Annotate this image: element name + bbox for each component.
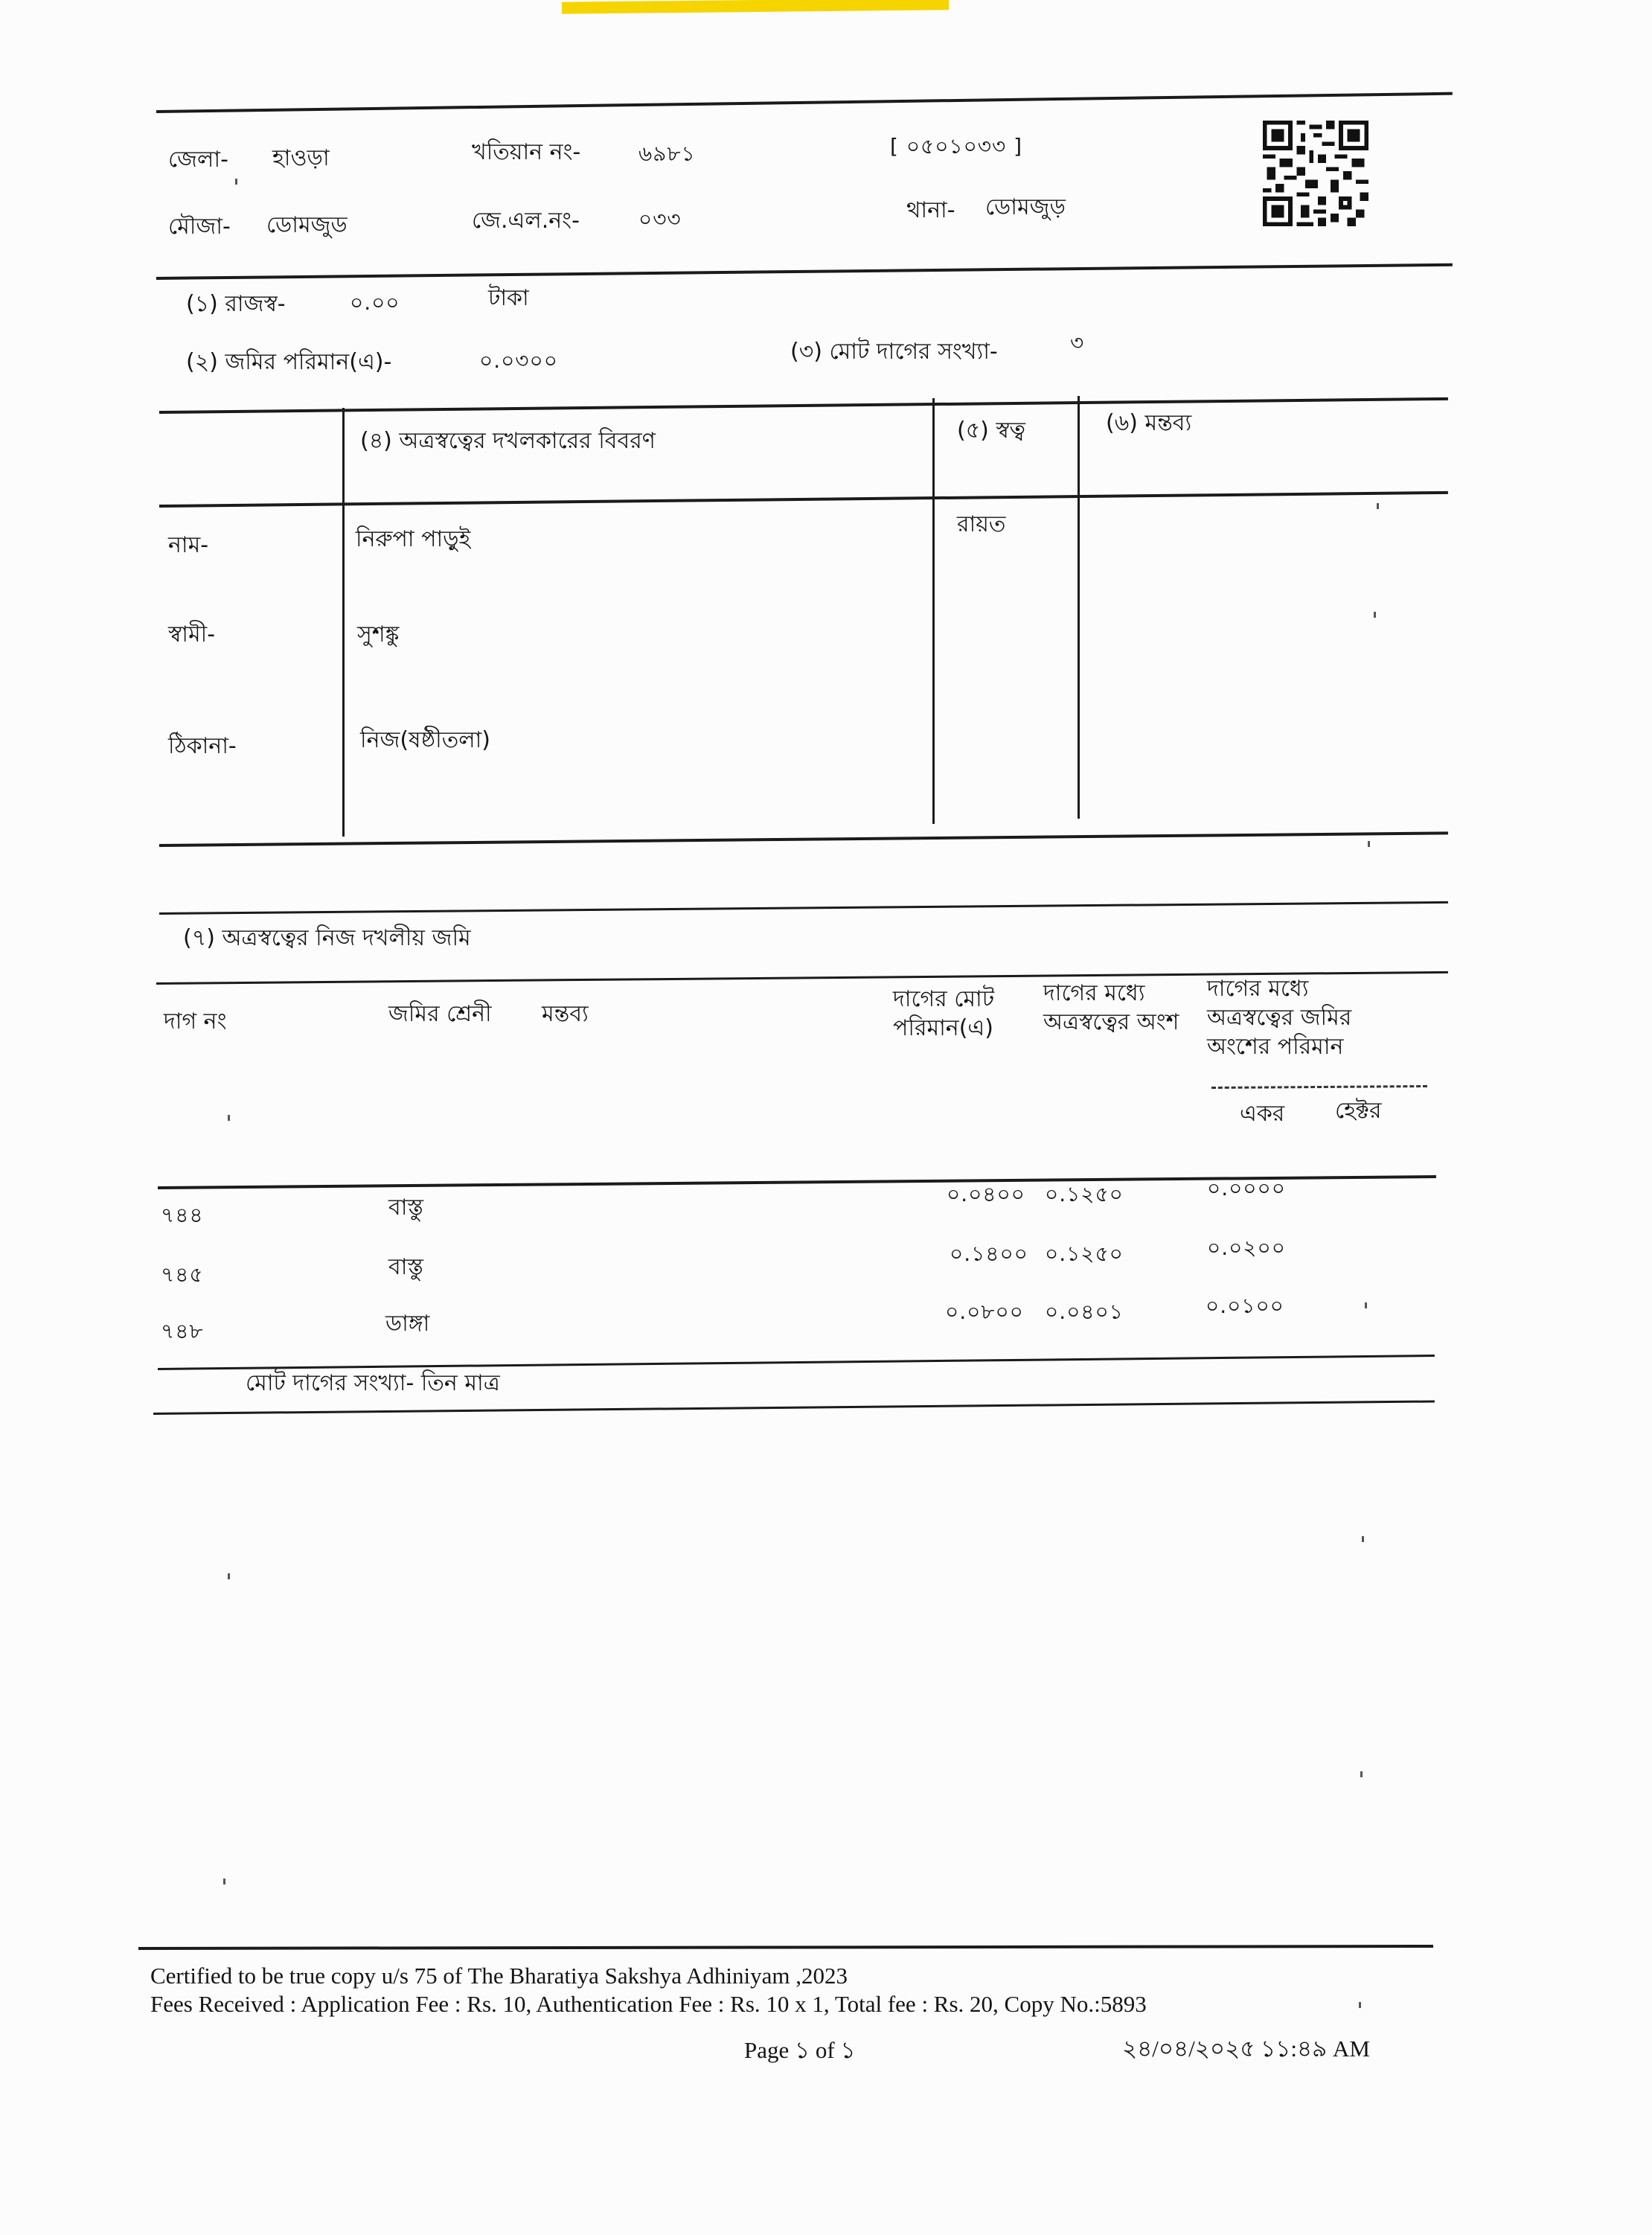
land-row-2-total-area: ০.১৪০০ — [950, 1243, 1028, 1266]
land-row-1-acre: ০.০০০০ — [1207, 1177, 1286, 1200]
share-area-header-line-1: দাগের মধ্যে — [1207, 976, 1351, 1001]
land-table-bottom-rule — [158, 1355, 1435, 1370]
occupant-remarks-header: (৬) মন্তব্য — [1106, 411, 1191, 435]
share-header: দাগের মধ্যে অত্রস্বত্বের অংশ — [1043, 981, 1179, 1035]
area-value: ০.০৩০০ — [479, 350, 558, 373]
land-row-1-dag: ৭৪৪ — [161, 1204, 204, 1227]
total-area-header-line-2: পরিমান(এ) — [893, 1016, 994, 1040]
occupant-table-bottom-rule — [159, 831, 1448, 847]
land-row-1-share: ০.১২৫০ — [1045, 1183, 1124, 1206]
scan-speck — [1360, 1771, 1363, 1777]
footer-top-rule — [138, 1945, 1433, 1950]
occupant-address-label: ঠিকানা- — [168, 734, 237, 758]
revenue-unit: টাকা — [488, 286, 529, 310]
land-row-3-share: ০.০৪০১ — [1045, 1301, 1124, 1324]
section-separator-rule — [159, 901, 1448, 915]
occupant-right-value: রায়ত — [957, 512, 1005, 537]
scan-speck — [228, 1115, 230, 1121]
total-area-header-line-1: দাগের মোট — [893, 987, 994, 1011]
thana-value: ডোমজুড় — [985, 195, 1066, 220]
scan-speck — [223, 1879, 225, 1884]
occupant-col-divider-1 — [342, 408, 345, 837]
land-row-2-acre: ০.০২০০ — [1207, 1237, 1286, 1260]
certification-text: Certified to be true copy u/s 75 of The … — [150, 1963, 848, 1989]
share-area-header-line-3: অংশের পরিমান — [1207, 1035, 1351, 1059]
occupant-husband-value: সুশঙ্কু — [357, 622, 399, 647]
revenue-value: ০.০০ — [350, 292, 400, 315]
occupant-col-divider-3 — [1078, 396, 1080, 819]
page-number: Page ১ of ১ — [744, 2038, 856, 2063]
header-bottom-rule — [156, 263, 1453, 280]
jl-label: জে.এল.নং- — [472, 208, 580, 233]
land-row-1-class: বাস্তু — [388, 1195, 423, 1220]
occupant-address-value: নিজ(ষষ্ঠীতলা) — [360, 728, 490, 752]
share-header-line-2: অত্রস্বত্বের অংশ — [1043, 1010, 1179, 1035]
land-row-3-total-area: ০.০৮০০ — [945, 1301, 1024, 1324]
plot-count-value: ৩ — [1070, 332, 1084, 355]
land-row-3-acre: ০.০১০০ — [1206, 1295, 1284, 1318]
occupant-details-header: (৪) অত্রস্বত্বের দখলকারের বিবরণ — [360, 429, 656, 453]
mouza-value: ডোমজুড — [266, 213, 348, 237]
total-plots-line: মোট দাগের সংখ্যা- তিন মাত্র — [246, 1371, 500, 1395]
total-plots-rule — [153, 1400, 1435, 1415]
scan-speck — [1362, 1536, 1364, 1542]
occupant-name-value: নিরুপা পাড়ুই — [356, 527, 470, 551]
land-row-3-class: ডাঙ্গা — [385, 1311, 429, 1336]
land-row-2-dag: ৭৪৫ — [161, 1264, 204, 1287]
land-class-header: জমির শ্রেনী — [388, 1002, 492, 1026]
thana-label: থানা- — [906, 198, 955, 223]
qr-code-icon — [1263, 121, 1368, 226]
scan-speck — [1374, 612, 1376, 618]
plot-count-label: (৩) মোট দাগের সংখ্যা- — [790, 339, 998, 364]
occupant-header-rule — [159, 491, 1448, 508]
scan-speck — [1377, 503, 1379, 509]
scan-speck — [1365, 1302, 1367, 1308]
acre-header: একর — [1240, 1101, 1284, 1126]
occupant-right-header: (৫) স্বত্ব — [957, 418, 1025, 443]
land-remarks-header: মন্তব্য — [542, 1002, 589, 1026]
land-row-2-class: বাস্তু — [388, 1255, 423, 1279]
total-area-header: দাগের মোট পরিমান(এ) — [893, 987, 994, 1040]
share-area-header: দাগের মধ্যে অত্রস্বত্বের জমির অংশের পরিম… — [1207, 976, 1351, 1059]
scan-speck — [235, 179, 237, 185]
mouza-label: মৌজা- — [168, 214, 231, 239]
occupant-table-top-rule — [159, 397, 1448, 414]
header-top-rule — [156, 92, 1453, 113]
district-value: হাওড়া — [272, 146, 330, 170]
land-row-2-share: ০.১২৫০ — [1045, 1243, 1124, 1266]
area-label: (২) জমির পরিমান(এ)- — [186, 350, 391, 374]
district-label: জেলা- — [168, 147, 228, 172]
fees-text: Fees Received : Application Fee : Rs. 10… — [150, 1992, 1147, 2017]
land-section-title: (৭) অত্রস্বত্বের নিজ দখলীয় জমি — [183, 926, 471, 950]
share-area-header-line-2: অত্রস্বত্বের জমির — [1207, 1005, 1351, 1030]
scan-speck — [1368, 841, 1370, 847]
land-row-1-total-area: ০.০৪০০ — [947, 1183, 1025, 1206]
share-header-line-1: দাগের মধ্যে — [1043, 981, 1179, 1005]
land-row-3-dag: ৭৪৮ — [161, 1320, 204, 1343]
scan-speck — [1359, 2002, 1361, 2008]
code-value: [ ০৫০১০৩৩ ] — [890, 135, 1022, 159]
jl-value: ০৩৩ — [638, 208, 682, 231]
share-area-dashed-rule — [1211, 1085, 1427, 1089]
print-timestamp: ২৪/০৪/২০২৫ ১১:৪৯ AM — [1122, 2036, 1370, 2062]
occupant-name-label: নাম- — [168, 533, 208, 557]
revenue-label: (১) রাজস্ব- — [186, 292, 286, 316]
scan-speck — [228, 1573, 230, 1579]
occupant-col-divider-2 — [932, 398, 935, 824]
paper-clip-tab — [562, 0, 949, 14]
dag-no-header: দাগ নং — [164, 1009, 226, 1034]
hectare-header: হেক্টর — [1335, 1099, 1382, 1123]
khatian-label: খতিয়ান নং- — [472, 140, 580, 164]
khatian-value: ৬৯৮১ — [638, 143, 696, 166]
occupant-husband-label: স্বামী- — [168, 622, 215, 647]
